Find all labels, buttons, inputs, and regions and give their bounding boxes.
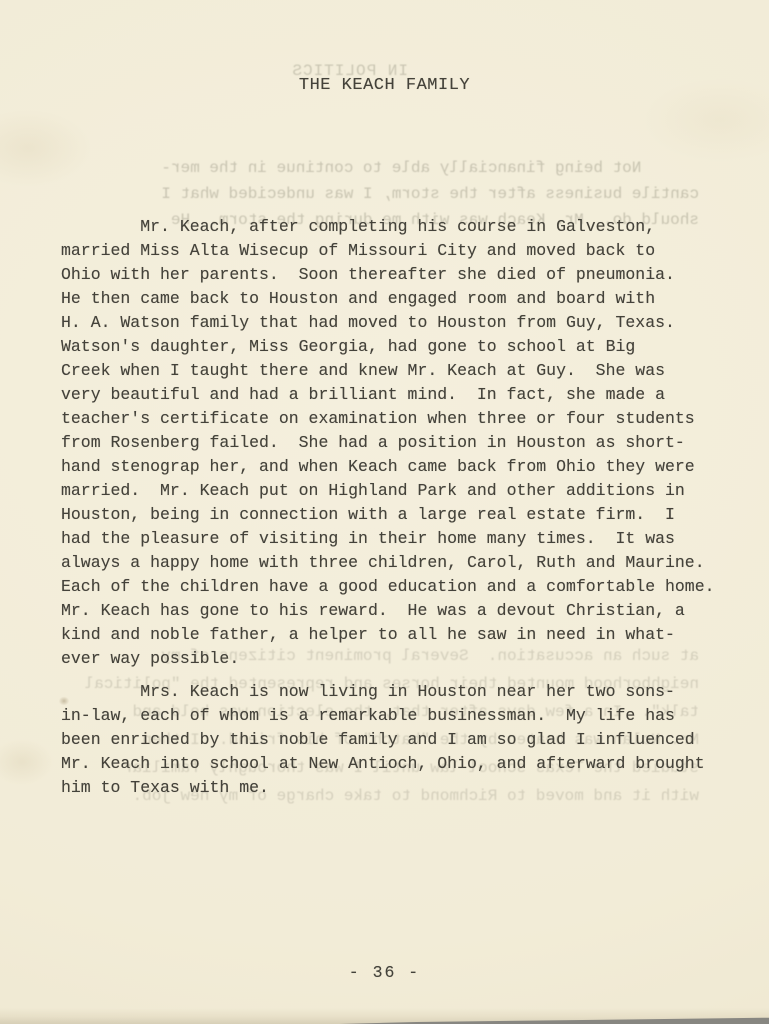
- text-line: very beautiful and had a brilliant mind.…: [61, 383, 729, 407]
- page-number: - 36 -: [0, 963, 769, 982]
- text-line: ever way possible.: [61, 647, 729, 671]
- text-line: married Miss Alta Wisecup of Missouri Ci…: [61, 239, 729, 263]
- text-line: had the pleasure of visiting in their ho…: [61, 527, 729, 551]
- text-line: teacher's certificate on examination whe…: [61, 407, 729, 431]
- text-line: He then came back to Houston and engaged…: [61, 287, 729, 311]
- text-line: hand stenograp her, and when Keach came …: [61, 455, 729, 479]
- text-line: Mr. Keach, after completing his course i…: [61, 215, 729, 239]
- text-line: him to Texas with me.: [61, 776, 729, 800]
- scanned-page: IN POLITICS Not being financially able t…: [0, 0, 769, 1024]
- text-line: Mrs. Keach is now living in Houston near…: [61, 680, 729, 704]
- text-line: Mr. Keach has gone to his reward. He was…: [61, 599, 729, 623]
- text-line: cantile business after the storm, I was …: [74, 181, 699, 207]
- text-line: Ohio with her parents. Soon thereafter s…: [61, 263, 729, 287]
- text-line: married. Mr. Keach put on Highland Park …: [61, 479, 729, 503]
- text-line: been enriched by this noble family and I…: [61, 728, 729, 752]
- paragraph-2: Mrs. Keach is now living in Houston near…: [61, 680, 729, 800]
- text-line: Creek when I taught there and knew Mr. K…: [61, 359, 729, 383]
- text-line: always a happy home with three children,…: [61, 551, 729, 575]
- text-line: Watson's daughter, Miss Georgia, had gon…: [61, 335, 729, 359]
- text-line: from Rosenberg failed. She had a positio…: [61, 431, 729, 455]
- text-line: kind and noble father, a helper to all h…: [61, 623, 729, 647]
- page-title: THE KEACH FAMILY: [0, 76, 769, 95]
- text-line: Each of the children have a good educati…: [61, 575, 729, 599]
- text-line: Houston, being in connection with a larg…: [61, 503, 729, 527]
- text-line: Mr. Keach into school at New Antioch, Oh…: [61, 752, 729, 776]
- body-text: Mr. Keach, after completing his course i…: [61, 215, 729, 800]
- paragraph-1: Mr. Keach, after completing his course i…: [61, 215, 729, 671]
- text-line: H. A. Watson family that had moved to Ho…: [61, 311, 729, 335]
- text-line: Not being financially able to continue i…: [74, 155, 699, 181]
- text-line: in-law, each of whom is a remarkable bus…: [61, 704, 729, 728]
